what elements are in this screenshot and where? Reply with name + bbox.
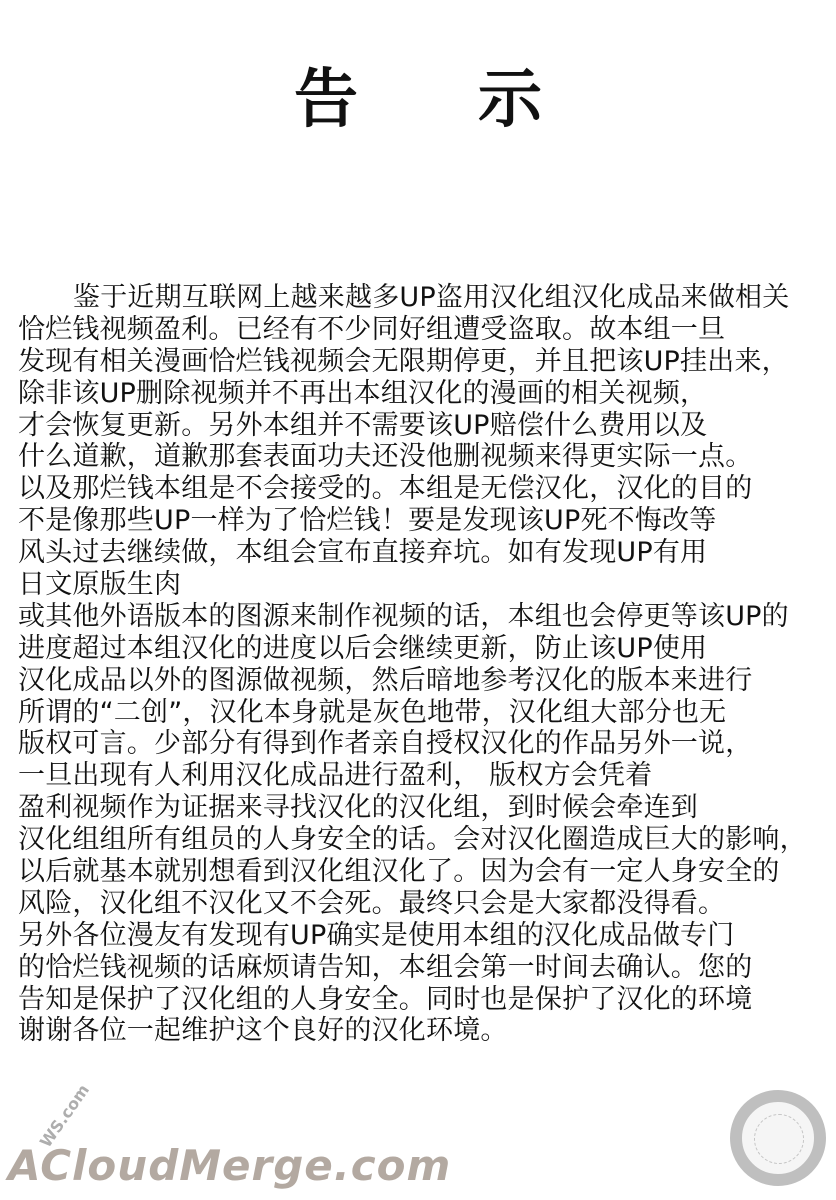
- body-line: 另外各位漫友有发现有UP确实是使用本组的汉化成品做专门: [18, 920, 836, 952]
- seal-inner-ring: [754, 1114, 804, 1164]
- body-line: 以及那烂钱本组是不会接受的。本组是无偿汉化，汉化的目的: [18, 473, 836, 505]
- body-line: 不是像那些UP一样为了恰烂钱！要是发现该UP死不悔改等: [18, 505, 836, 537]
- body-line: 什么道歉，道歉那套表面功夫还没他删视频来得更实际一点。: [18, 441, 836, 473]
- seal-stamp-icon: [730, 1090, 826, 1186]
- body-line: 所谓的“二创”，汉化本身就是灰色地带，汉化组大部分也无: [18, 697, 836, 729]
- body-line: 汉化成品以外的图源做视频，然后暗地参考汉化的版本来进行: [18, 665, 836, 697]
- body-line: 鉴于近期互联网上越来越多UP盗用汉化组汉化成品来做相关: [18, 282, 836, 314]
- body-line: 以后就基本就别想看到汉化组汉化了。因为会有一定人身安全的: [18, 856, 836, 888]
- body-line: 才会恢复更新。另外本组并不需要该UP赔偿什么费用以及: [18, 410, 836, 442]
- notice-title: 告示: [0, 60, 836, 140]
- body-line: 的恰烂钱视频的话麻烦请告知，本组会第一时间去确认。您的: [18, 952, 836, 984]
- body-line: 或其他外语版本的图源来制作视频的话，本组也会停更等该UP的: [18, 601, 836, 633]
- body-line: 汉化组组所有组员的人身安全的话。会对汉化圈造成巨大的影响，: [18, 824, 836, 856]
- body-line: 日文原版生肉: [18, 569, 836, 601]
- body-line: 谢谢各位一起维护这个良好的汉化环境。: [18, 1015, 836, 1047]
- body-line: 告知是保护了汉化组的人身安全。同时也是保护了汉化的环境: [18, 984, 836, 1016]
- title-char-1: 告: [294, 60, 358, 140]
- body-line: 发现有相关漫画恰烂钱视频会无限期停更，并且把该UP挂出来，: [18, 346, 836, 378]
- body-line: 进度超过本组汉化的进度以后会继续更新，防止该UP使用: [18, 633, 836, 665]
- body-line: 风头过去继续做，本组会宣布直接弃坑。如有发现UP有用: [18, 537, 836, 569]
- body-line: 除非该UP删除视频并不再出本组汉化的漫画的相关视频，: [18, 378, 836, 410]
- notice-body: 鉴于近期互联网上越来越多UP盗用汉化组汉化成品来做相关 恰烂钱视频盈利。已经有不…: [18, 282, 836, 1047]
- body-line: 盈利视频作为证据来寻找汉化的汉化组，到时候会牵连到: [18, 792, 836, 824]
- site-watermark: ACloudMerge.com: [8, 1142, 451, 1190]
- body-line: 风险，汉化组不汉化又不会死。最终只会是大家都没得看。: [18, 888, 836, 920]
- body-line: 版权可言。少部分有得到作者亲自授权汉化的作品另外一说，: [18, 728, 836, 760]
- body-line: 恰烂钱视频盈利。已经有不少同好组遭受盗取。故本组一旦: [18, 314, 836, 346]
- title-char-2: 示: [478, 60, 542, 140]
- body-line: 一旦出现有人利用汉化成品进行盈利， 版权方会凭着: [18, 760, 836, 792]
